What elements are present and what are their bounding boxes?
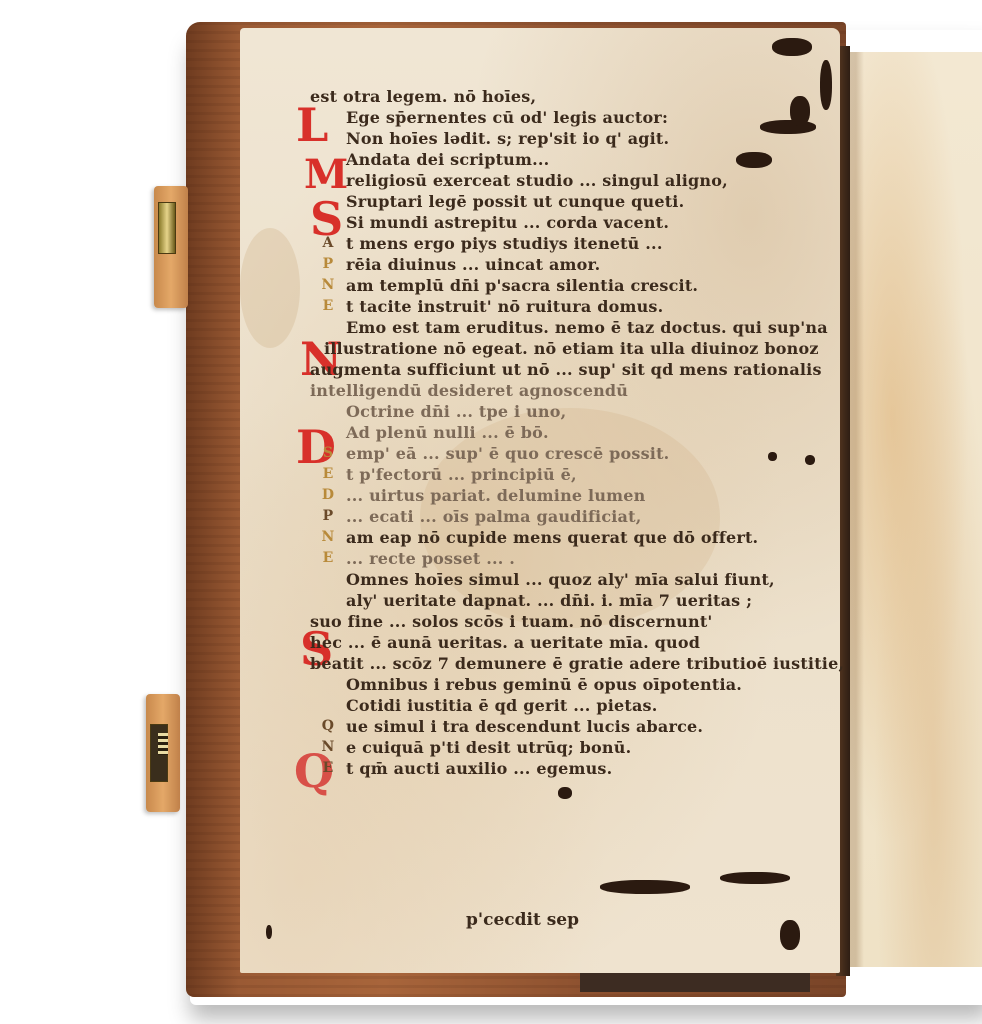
damage-hole <box>772 38 812 56</box>
line-text: ... uirtus pariat. delumine lumen <box>346 485 646 506</box>
text-line: Ne cuiquā p'ti desit utrūq; bonū. <box>300 737 840 758</box>
line-text: intelligendū desideret agnoscendū <box>310 380 628 401</box>
line-text: suo fine ... solos scōs i tuam. nō disce… <box>310 611 713 632</box>
small-initial: E <box>318 758 338 779</box>
text-line: Prēia diuinus ... uincat amor. <box>300 254 840 275</box>
line-text: aly' ueritate dapnat. ... dn̄i. i. mīa 7… <box>346 590 752 611</box>
line-text: emp' eā ... sup' ē quo crescē possit. <box>346 443 669 464</box>
text-line: Nam templū dn̄i p'sacra silentia crescit… <box>300 275 840 296</box>
line-text: ... ecati ... oīs palma gaudificiat, <box>346 506 641 527</box>
clasp-metal-plate <box>150 724 168 782</box>
text-line: Semp' eā ... sup' ē quo crescē possit. <box>300 443 840 464</box>
small-initial: A <box>318 233 338 254</box>
text-line: intelligendū desideret agnoscendū <box>300 380 840 401</box>
line-text: ... recte posset ... . <box>346 548 515 569</box>
text-line: religiosū exerceat studio ... singul ali… <box>300 170 840 191</box>
text-line: Si mundi astrepitu ... corda vacent. <box>300 212 840 233</box>
small-initial: E <box>318 464 338 485</box>
line-text: Ad plenū nulli ... ē bō. <box>346 422 549 443</box>
text-line: Et p'fectorū ... principiū ē, <box>300 464 840 485</box>
text-line: Et tacite instruit' nō ruitura domus. <box>300 296 840 317</box>
text-line: Ad plenū nulli ... ē bō. <box>300 422 840 443</box>
line-text: t mens ergo piys studiys itenetū ... <box>346 233 663 254</box>
text-line: Omnibus i rebus geminū ē opus oīpotentia… <box>300 674 840 695</box>
small-initial: N <box>318 527 338 548</box>
line-text: hec ... ē aunā ueritas. a ueritate mīa. … <box>310 632 700 653</box>
clasp-teeth <box>158 733 168 755</box>
text-line: est otra legem. nō hoīes, <box>300 86 840 107</box>
text-line: Cotidi iustitia ē qd gerit ... pietas. <box>300 695 840 716</box>
clasp-metal-plate <box>158 202 176 254</box>
text-line: Sruptari legē possit ut cunque queti. <box>300 191 840 212</box>
line-text: e cuiquā p'ti desit utrūq; bonū. <box>346 737 631 758</box>
text-line: illustratione nō egeat. nō etiam ita ull… <box>300 338 840 359</box>
text-line: hec ... ē aunā ueritas. a ueritate mīa. … <box>300 632 840 653</box>
small-initial: P <box>318 506 338 527</box>
small-initial: E <box>318 296 338 317</box>
line-text: Octrine dn̄i ... tpe i uno, <box>346 401 566 422</box>
small-initial: S <box>318 443 338 464</box>
text-line: Nam eap nō cupide mens querat que dō off… <box>300 527 840 548</box>
catchword: p'cecdit sep <box>466 910 579 930</box>
text-line: Omnes hoīes simul ... quoz aly' mīa salu… <box>300 569 840 590</box>
line-text: Ege sp̄ernentes cū od' legis auctor: <box>346 107 668 128</box>
text-line: Que simul i tra descendunt lucis abarce. <box>300 716 840 737</box>
damage-hole <box>600 880 690 894</box>
line-text: est otra legem. nō hoīes, <box>310 86 536 107</box>
small-initial: P <box>318 254 338 275</box>
line-text: t tacite instruit' nō ruitura domus. <box>346 296 663 317</box>
line-text: Si mundi astrepitu ... corda vacent. <box>346 212 669 233</box>
line-text: Omnibus i rebus geminū ē opus oīpotentia… <box>346 674 742 695</box>
facing-page <box>850 52 982 967</box>
line-text: Sruptari legē possit ut cunque queti. <box>346 191 684 212</box>
text-line: At mens ergo piys studiys itenetū ... <box>300 233 840 254</box>
line-text: beatit ... scōz 7 demunere ē gratie ader… <box>310 653 844 674</box>
line-text: ue simul i tra descendunt lucis abarce. <box>346 716 703 737</box>
small-initial: D <box>318 485 338 506</box>
line-text: augmenta sufficiunt ut nō ... sup' sit q… <box>310 359 822 380</box>
line-text: t qm̄ aucti auxilio ... egemus. <box>346 758 612 779</box>
line-text: t p'fectorū ... principiū ē, <box>346 464 577 485</box>
line-text: Andata dei scriptum... <box>346 149 549 170</box>
damage-hole <box>558 787 572 799</box>
text-line: Octrine dn̄i ... tpe i uno, <box>300 401 840 422</box>
damage-hole <box>780 920 800 950</box>
text-line: Emo est tam eruditus. nemo ē taz doctus.… <box>300 317 840 338</box>
small-initial: Q <box>318 716 338 737</box>
line-text: religiosū exerceat studio ... singul ali… <box>346 170 728 191</box>
line-text: am eap nō cupide mens querat que dō offe… <box>346 527 758 548</box>
damage-hole <box>720 872 790 884</box>
board-edge-dark <box>580 972 810 992</box>
text-line: D... uirtus pariat. delumine lumen <box>300 485 840 506</box>
text-line: suo fine ... solos scōs i tuam. nō disce… <box>300 611 840 632</box>
line-text: Cotidi iustitia ē qd gerit ... pietas. <box>346 695 658 716</box>
line-text: Non hoīes lədit. s; rep'sit io q' agit. <box>346 128 669 149</box>
damage-hole <box>266 925 272 939</box>
text-line: Non hoīes lədit. s; rep'sit io q' agit. <box>300 128 840 149</box>
line-text: illustratione nō egeat. nō etiam ita ull… <box>324 338 819 359</box>
upper-clasp <box>154 186 188 308</box>
small-initial: N <box>318 275 338 296</box>
small-initial: E <box>318 548 338 569</box>
text-line: aly' ueritate dapnat. ... dn̄i. i. mīa 7… <box>300 590 840 611</box>
text-line: Ege sp̄ernentes cū od' legis auctor: <box>300 107 840 128</box>
lower-clasp <box>146 694 180 812</box>
water-stain <box>240 228 300 348</box>
manuscript-text-block: est otra legem. nō hoīes, Ege sp̄ernente… <box>300 86 840 779</box>
line-text: Emo est tam eruditus. nemo ē taz doctus.… <box>346 317 828 338</box>
small-initial: N <box>318 737 338 758</box>
text-line: beatit ... scōz 7 demunere ē gratie ader… <box>300 653 840 674</box>
text-line: Et qm̄ aucti auxilio ... egemus. <box>300 758 840 779</box>
text-line: E... recte posset ... . <box>300 548 840 569</box>
line-text: rēia diuinus ... uincat amor. <box>346 254 600 275</box>
text-line: P... ecati ... oīs palma gaudificiat, <box>300 506 840 527</box>
line-text: Omnes hoīes simul ... quoz aly' mīa salu… <box>346 569 775 590</box>
line-text: am templū dn̄i p'sacra silentia crescit. <box>346 275 698 296</box>
text-line: Andata dei scriptum... <box>300 149 840 170</box>
text-line: augmenta sufficiunt ut nō ... sup' sit q… <box>300 359 840 380</box>
